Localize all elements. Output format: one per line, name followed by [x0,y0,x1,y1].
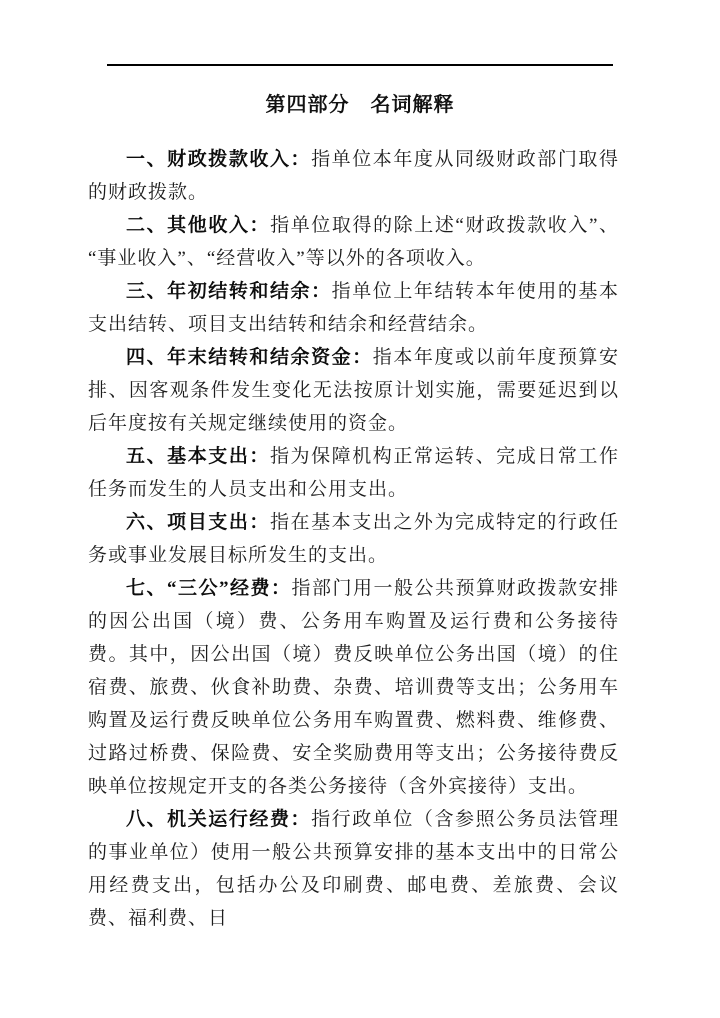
definition-item-4: 四、年末结转和结余资金：指本年度或以前年度预算安排、因客观条件发生变化无法按原计… [88,341,619,440]
definition-item-6: 六、项目支出：指在基本支出之外为完成特定的行政任务或事业发展目标所发生的支出。 [88,506,619,572]
term-name-4: 四、年末结转和结余资金： [126,347,373,368]
definition-item-2: 二、其他收入：指单位取得的除上述“财政拨款收入”、“事业收入”、“经营收入”等以… [88,209,619,275]
term-name-7: 七、“三公”经费： [126,578,292,599]
header-rule [107,64,613,66]
term-name-8: 八、机关运行经费： [126,809,311,830]
document-body: 一、财政拨款收入：指单位本年度从同级财政部门取得的财政拨款。 二、其他收入：指单… [88,143,619,935]
document-page: 第四部分 名词解释 一、财政拨款收入：指单位本年度从同级财政部门取得的财政拨款。… [0,0,720,1018]
term-name-3: 三、年初结转和结余： [126,281,332,302]
definition-item-8: 八、机关运行经费：指行政单位（含参照公务员法管理的事业单位）使用一般公共预算安排… [88,803,619,935]
page-title: 第四部分 名词解释 [0,92,720,118]
term-name-2: 二、其他收入： [126,215,270,236]
definition-item-5: 五、基本支出：指为保障机构正常运转、完成日常工作任务而发生的人员支出和公用支出。 [88,440,619,506]
term-definition-7: 指部门用一般公共预算财政拨款安排的因公出国（境）费、公务用车购置及运行费和公务接… [88,578,619,797]
term-name-6: 六、项目支出： [126,512,270,533]
definition-item-3: 三、年初结转和结余：指单位上年结转本年使用的基本支出结转、项目支出结转和结余和经… [88,275,619,341]
definition-item-7: 七、“三公”经费：指部门用一般公共预算财政拨款安排的因公出国（境）费、公务用车购… [88,572,619,803]
definition-item-1: 一、财政拨款收入：指单位本年度从同级财政部门取得的财政拨款。 [88,143,619,209]
term-name-5: 五、基本支出： [126,446,270,467]
term-name-1: 一、财政拨款收入： [126,149,311,170]
